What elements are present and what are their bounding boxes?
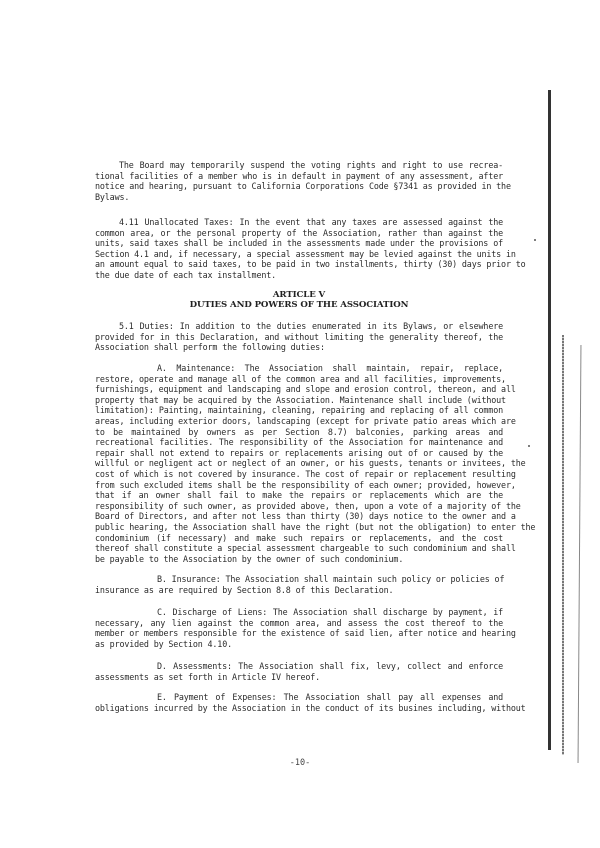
text-line: limitation): Painting, maintaining, clea… <box>95 405 503 416</box>
text-line: property that may be acquired by the Ass… <box>95 395 503 406</box>
text-line: to be maintained by owners as per Sectio… <box>95 427 503 438</box>
text-line: from such excluded items shall be the re… <box>95 480 503 491</box>
paragraph-voting-suspension: The Board may temporarily suspend the vo… <box>95 160 503 202</box>
text-line: necessary, any lien against the common a… <box>95 618 503 629</box>
text-line: areas, including exterior doors, landsca… <box>95 416 503 427</box>
section-4-11-unallocated-taxes: 4.11 Unallocated Taxes: In the event tha… <box>95 217 503 281</box>
text-line: E. Payment of Expenses: The Association … <box>95 692 503 703</box>
text-line: public hearing, the Association shall ha… <box>95 522 503 533</box>
text-line: Board of Directors, and after not less t… <box>95 511 503 522</box>
text-line: that if an owner shall fail to make the … <box>95 490 503 501</box>
text-line: common area, or the personal property of… <box>95 228 503 239</box>
item-a-maintenance: A. Maintenance: The Association shall ma… <box>95 363 503 564</box>
text-line: The Board may temporarily suspend the vo… <box>95 160 503 171</box>
scan-speck <box>528 445 530 447</box>
text-line: restore, operate and manage all of the c… <box>95 374 503 385</box>
item-b-insurance: B. Insurance: The Association shall main… <box>95 574 503 595</box>
text-line: cost of which is not covered by insuranc… <box>95 469 503 480</box>
document-page: The Board may temporarily suspend the vo… <box>0 0 600 848</box>
text-line: be payable to the Association by the own… <box>95 554 503 565</box>
section-5-1-duties: 5.1 Duties: In addition to the duties en… <box>95 321 503 353</box>
scan-edge-line <box>562 335 564 755</box>
text-line: insurance as are required by Section 8.8… <box>95 585 503 596</box>
text-line: repair shall not extend to repairs or re… <box>95 448 503 459</box>
text-line: assessments as set forth in Article IV h… <box>95 672 503 683</box>
text-line: Section 4.1 and, if necessary, a special… <box>95 249 503 260</box>
scan-edge-line-thin <box>578 345 582 763</box>
item-c-discharge-of-liens: C. Discharge of Liens: The Association s… <box>95 607 503 649</box>
text-line: B. Insurance: The Association shall main… <box>95 574 503 585</box>
text-line: units, said taxes shall be included in t… <box>95 238 503 249</box>
article-title: DUTIES AND POWERS OF THE ASSOCIATION <box>95 300 503 310</box>
text-line: responsibility of such owner, as provide… <box>95 501 503 512</box>
binding-edge-line <box>548 90 551 750</box>
item-e-payment-of-expenses: E. Payment of Expenses: The Association … <box>95 692 503 713</box>
item-d-assessments: D. Assessments: The Association shall fi… <box>95 661 503 682</box>
text-line: member or members responsible for the ex… <box>95 628 503 639</box>
text-line: thereof shall constitute a special asses… <box>95 543 503 554</box>
text-line: the due date of each tax installment. <box>95 270 503 281</box>
text-line: obligations incurred by the Association … <box>95 703 503 714</box>
text-line: Bylaws. <box>95 192 503 203</box>
text-line: recreational facilities. The responsibil… <box>95 437 503 448</box>
text-line: notice and hearing, pursuant to Californ… <box>95 181 503 192</box>
text-line: provided for in this Declaration, and wi… <box>95 332 503 343</box>
text-line: A. Maintenance: The Association shall ma… <box>95 363 503 374</box>
text-line: condominium (if necessary) and make such… <box>95 533 503 544</box>
article-heading: ARTICLE V <box>95 290 503 300</box>
text-line: D. Assessments: The Association shall fi… <box>95 661 503 672</box>
text-line: 4.11 Unallocated Taxes: In the event tha… <box>95 217 503 228</box>
text-line: Association shall perform the following … <box>95 342 503 353</box>
text-line: willful or negligent act or neglect of a… <box>95 458 503 469</box>
page-number: -10- <box>0 758 600 768</box>
text-line: C. Discharge of Liens: The Association s… <box>95 607 503 618</box>
text-line: as provided by Section 4.10. <box>95 639 503 650</box>
scan-speck <box>534 239 536 241</box>
text-line: furnishings, equipment and landscaping a… <box>95 384 503 395</box>
text-line: tional facilities of a member who is in … <box>95 171 503 182</box>
text-line: an amount equal to said taxes, to be pai… <box>95 259 503 270</box>
text-line: 5.1 Duties: In addition to the duties en… <box>95 321 503 332</box>
